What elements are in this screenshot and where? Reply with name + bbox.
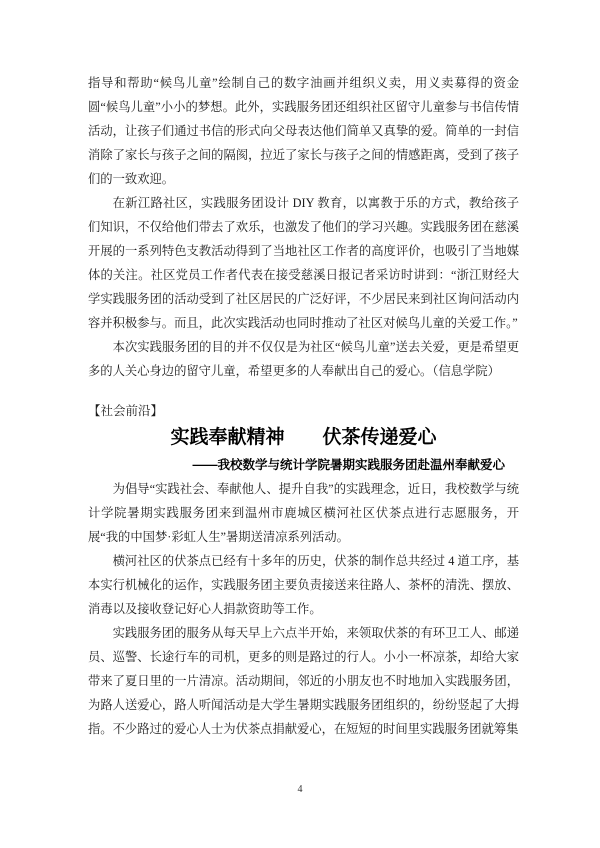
body-paragraph: 为倡导“实践社会、奉献他人、提升自我”的实践理念，近日，我校数学与统计学院暑期实… <box>88 477 519 549</box>
article-subtitle: ——我校数学与统计学院暑期实践服务团赴温州奉献爱心 <box>88 453 519 477</box>
document-page: 指导和帮助“候鸟儿童”绘制自己的数字油画并组织义卖，用义卖募得的资金圆“候鸟儿童… <box>0 0 600 848</box>
section-header: 【社会前沿】 <box>88 399 519 423</box>
body-paragraph: 在新江路社区，实践服务团设计 DIY 教育，以寓教于乐的方式，教给孩子们知识，不… <box>88 191 519 335</box>
document-content: 指导和帮助“候鸟儿童”绘制自己的数字油画并组织义卖，用义卖募得的资金圆“候鸟儿童… <box>88 71 519 741</box>
body-paragraph: 实践服务团的服务从每天早上六点半开始，来领取伏茶的有环卫工人、邮递员、巡警、长途… <box>88 621 519 741</box>
body-paragraph: 本次实践服务团的目的并不仅仅是为社区“候鸟儿童”送去关爱，更是希望更多的人关心身… <box>88 335 519 383</box>
body-paragraph: 指导和帮助“候鸟儿童”绘制自己的数字油画并组织义卖，用义卖募得的资金圆“候鸟儿童… <box>88 71 519 191</box>
page-number: 4 <box>0 783 600 797</box>
article-title: 实践奉献精神 伏茶传递爱心 <box>88 423 519 453</box>
body-paragraph: 横河社区的伏茶点已经有十多年的历史，伏茶的制作总共经过 4 道工序，基本实行机械… <box>88 549 519 621</box>
